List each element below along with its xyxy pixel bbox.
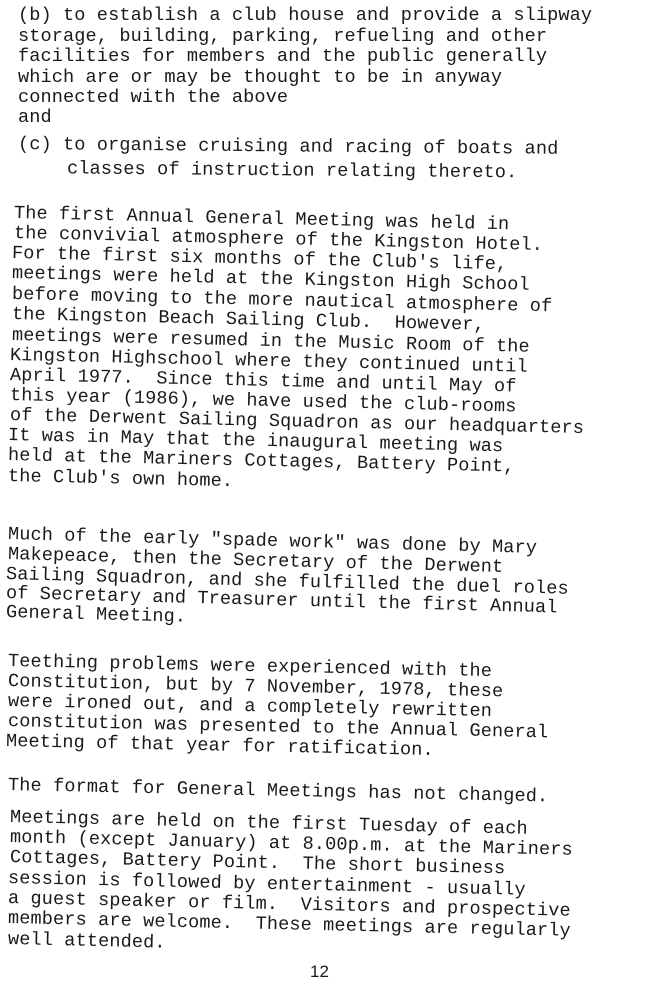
text-line: facilities for members and the public ge… [18,47,547,67]
text-line: well attended. [8,930,166,954]
text-line: connected with the above [18,88,288,108]
page-number: 12 [310,962,329,982]
text-line: classes of instruction relating thereto. [22,159,518,183]
text-line: The format for General Meetings has not … [8,776,549,807]
text-line: storage, building, parking, refueling an… [18,27,547,47]
text-line: which are or may be thought to be in any… [18,68,502,88]
text-line: (b) to establish a club house and provid… [18,6,592,26]
text-line: and [18,108,52,128]
text-line: General Meeting. [6,603,187,628]
text-line: the Club's own home. [8,467,234,492]
document-page: (b) to establish a club house and provid… [0,0,658,993]
text-line: (c) to organise cruising and racing of b… [18,135,559,160]
